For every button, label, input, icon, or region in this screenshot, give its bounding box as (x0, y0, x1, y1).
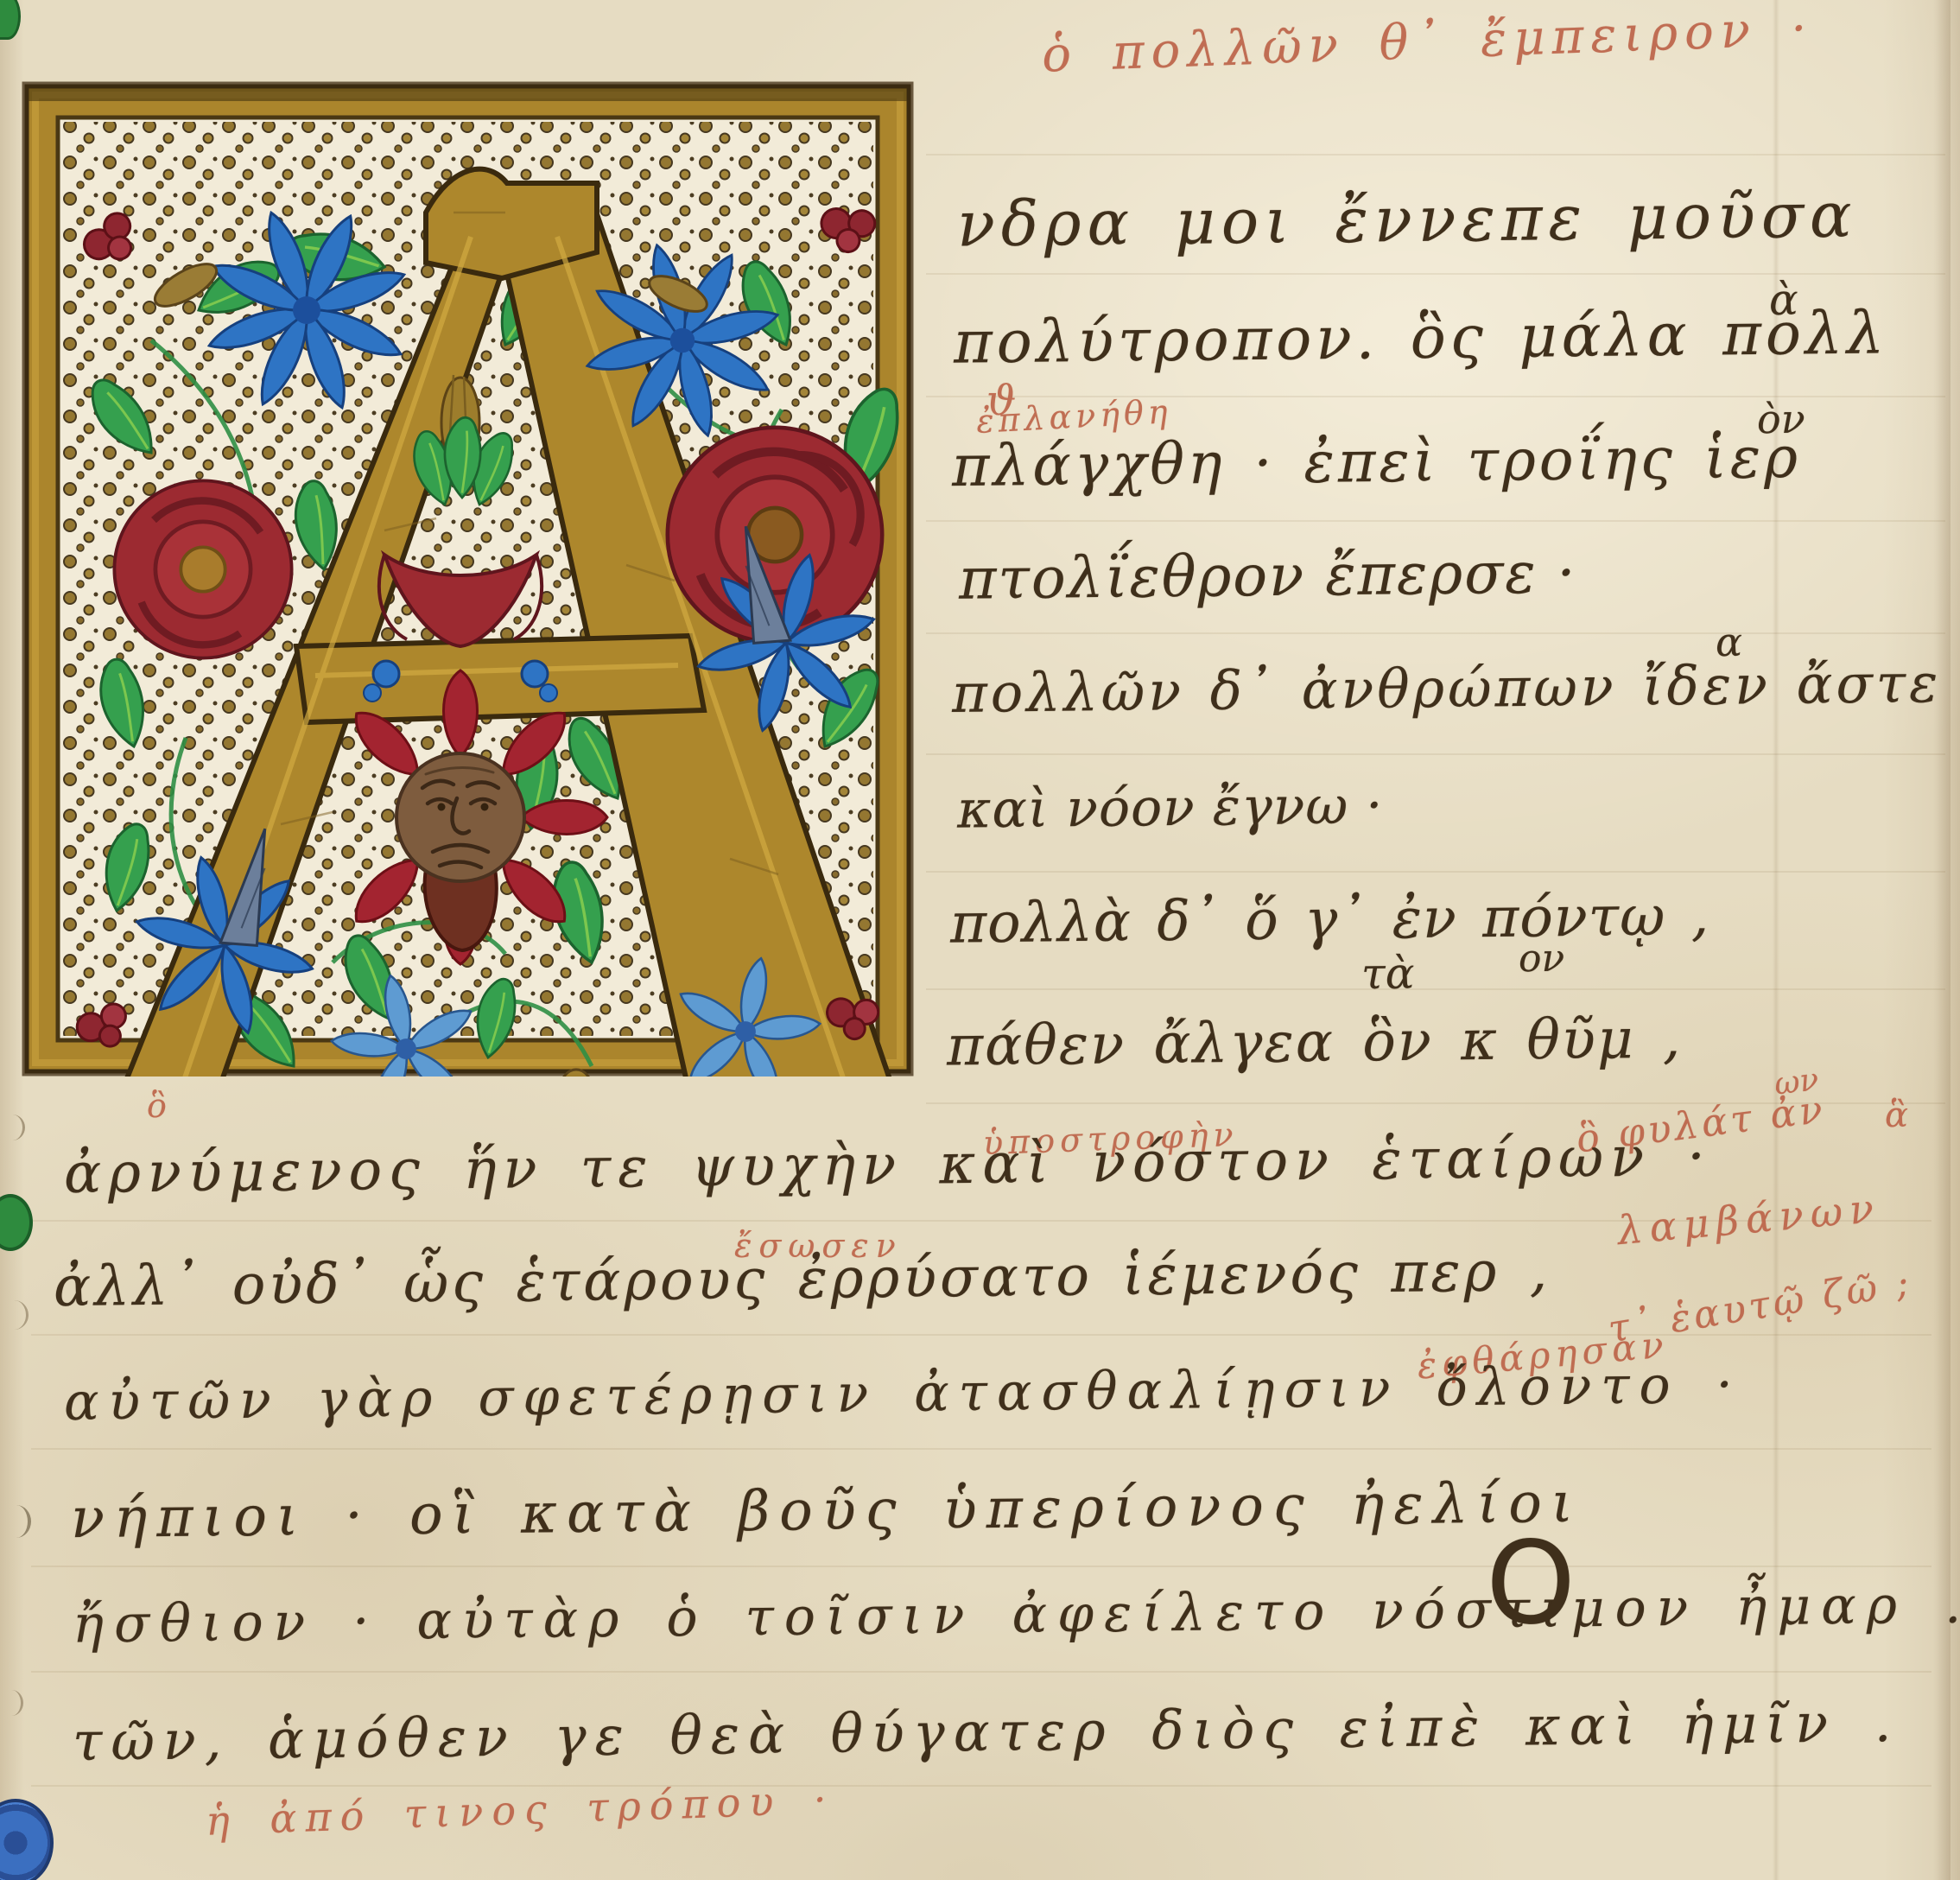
text-line-4: πτολΐεθρον ἔπερσε · (959, 539, 1577, 612)
margin-bleed-green-top (0, 0, 21, 40)
margin-note-phylatton-sup: ων (1773, 1062, 1821, 1102)
margin-note-heauto: τ᾽ ἑαυτῷ ζῶ ; (1605, 1261, 1915, 1352)
illuminated-initial-panel (22, 81, 914, 1077)
text-line-6: καὶ νόον ἔγνω · (957, 775, 1384, 840)
text-line-12: νήπιοι · οἳ κατὰ βοῦς ὑπερίονος ἠελίοι (71, 1471, 1583, 1551)
ruling-line (926, 988, 1945, 990)
superscript-alpha-line2: ὰ (1769, 275, 1798, 325)
margin-note-alpha: ἃ (1885, 1096, 1908, 1135)
superscript-on-line3: ὸν (1757, 396, 1805, 443)
margin-note-lambanon: λαμβάνων (1615, 1185, 1882, 1254)
text-line-7: πολλὰ δ᾽ ὅ γ᾽ ἐν πόντῳ , (950, 884, 1710, 956)
superscript-ta-line8: τὰ (1361, 949, 1415, 1000)
text-line-5: πολλῶν δ᾽ ἀνθρώπων ἴδεν ἄστε (952, 651, 1942, 725)
ruling-line (926, 632, 1945, 634)
margin-bleed-green (0, 1194, 33, 1251)
rubric-ref-ho: ὃ (147, 1087, 167, 1125)
margin-bleed-blue (0, 1799, 54, 1880)
margin-penwork (0, 1690, 23, 1716)
text-line-11: αὐτῶν γὰρ σφετέρῃσιν ἀτασθαλίῃσιν ὄλοντο… (64, 1355, 1742, 1432)
text-line-13: ἤσθιον · αὐτὰρ ὁ τοῖσιν ἀφείλετο νόστιμο… (73, 1574, 1960, 1655)
manuscript-page: ὁ πολλῶν θ᾽ ἔμπειρον · ϑ ἐπλανήθη ὑποστρ… (0, 0, 1960, 1880)
text-line-1: νδρα μοι ἔννεπε μοῦσα (957, 179, 1858, 261)
rubric-header: ὁ πολλῶν θ᾽ ἔμπειρον · (1041, 0, 1814, 83)
ruling-line (31, 1785, 1931, 1787)
ruling-line (926, 753, 1945, 755)
large-omicron-glyph: Ο (1483, 1515, 1577, 1652)
margin-penwork (2, 1505, 31, 1538)
margin-penwork (0, 1115, 25, 1140)
ruling-line (31, 1448, 1931, 1450)
margin-penwork (0, 1300, 29, 1330)
ruling-line (31, 1671, 1931, 1673)
superscript-alpha-line5: α (1716, 619, 1743, 665)
superscript-on-line8: ον (1519, 937, 1565, 981)
text-line-14: τῶν, ἁμόθεν γε θεὰ θύγατερ διὸς εἰπὲ καὶ… (73, 1691, 1900, 1773)
ruling-line (926, 154, 1945, 156)
text-line-8: πάθεν ἄλγεα ὃν κ θῦμ , (947, 1007, 1683, 1079)
text-line-10: ἀλλ᾽ οὐδ᾽ ὧς ἑτάρους ἐρρύσατο ἱέμενός πε… (54, 1240, 1551, 1319)
red-rose (114, 480, 291, 657)
ruling-line (31, 1566, 1931, 1567)
text-line-9: ἀρνύμενος ἥν τε ψυχὴν καὶ νόστον ἑταίρων… (64, 1125, 1712, 1206)
initial-panel-art (22, 81, 914, 1077)
text-line-2: πολύτροπον. ὃς μάλα πολλ (954, 299, 1889, 377)
ruling-line (926, 520, 1945, 522)
text-line-3: πλάγχθη · ἐπεὶ τροΐης ἱερ (952, 424, 1802, 499)
ruling-line (926, 871, 1945, 873)
